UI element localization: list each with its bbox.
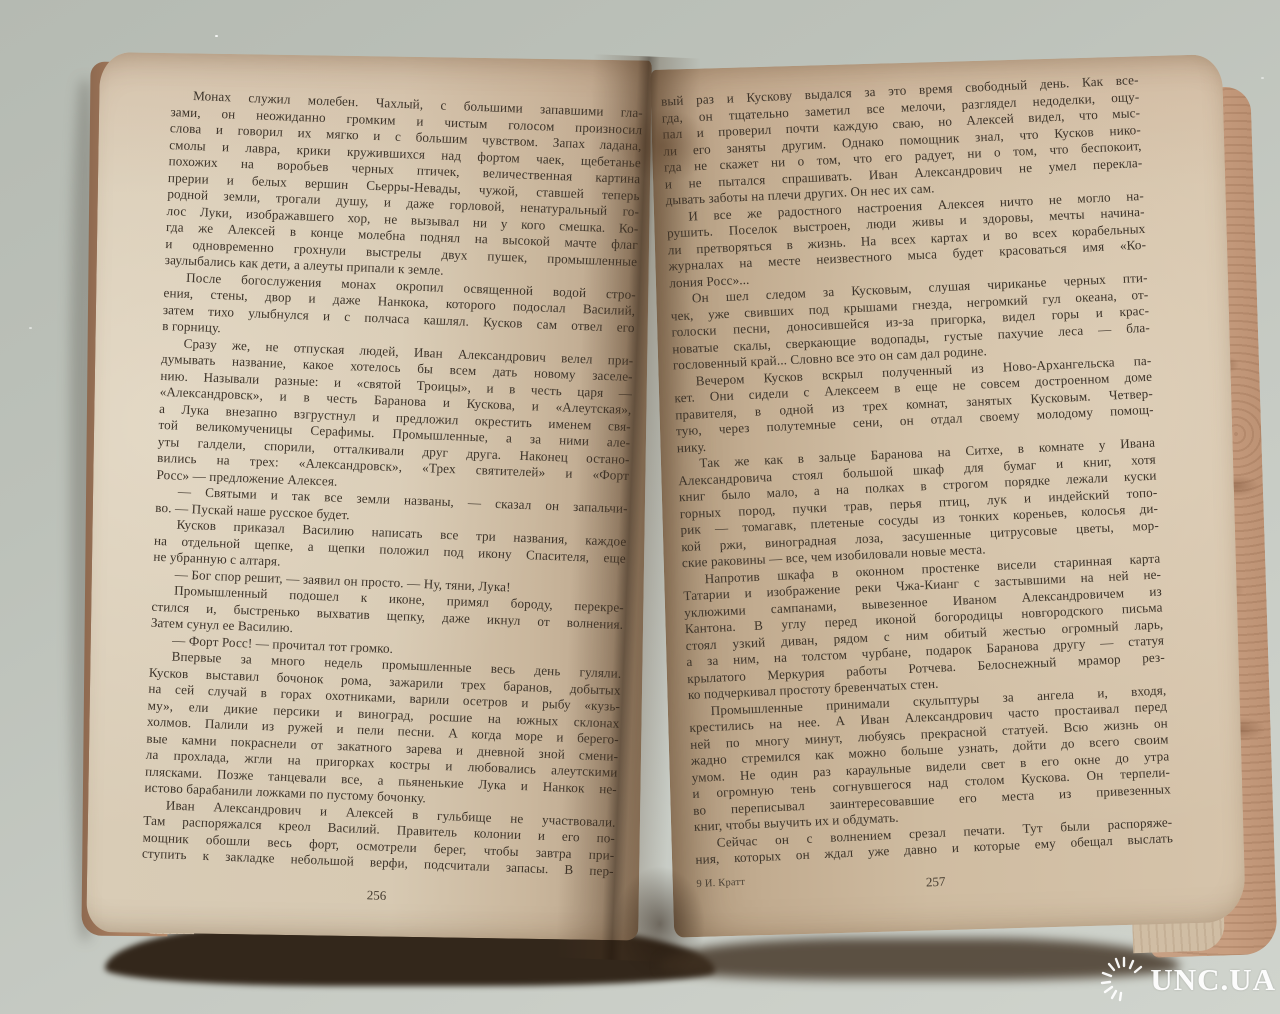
signature-mark: 9 И. Кратт bbox=[696, 876, 745, 889]
page-footer-right: 9 И. Кратт 257 bbox=[697, 863, 1175, 901]
page-text-left: Монах служил молебен. Чахлый, с большими… bbox=[140, 87, 643, 912]
watermark: UNC.UA bbox=[1100, 956, 1276, 1004]
page-left-paragraphs: Монах служил молебен. Чахлый, с большими… bbox=[142, 87, 643, 880]
page-right-paragraphs: вый раз и Кускову выдался за это время с… bbox=[661, 72, 1174, 868]
book-page-right: вый раз и Кускову выдался за это время с… bbox=[650, 54, 1246, 938]
page-number-left: 256 bbox=[367, 887, 387, 903]
sunburst-icon bbox=[1100, 956, 1148, 1004]
dust-specks bbox=[215, 35, 218, 37]
page-number-right: 257 bbox=[926, 873, 946, 889]
photo-background: Монах служил молебен. Чахлый, с большими… bbox=[0, 0, 1280, 1014]
page-footer-left: 256 bbox=[140, 878, 612, 912]
page-text-right: вый раз и Кускову выдался за это время с… bbox=[661, 72, 1175, 900]
watermark-text: UNC.UA bbox=[1150, 962, 1276, 998]
book-page-left: Монах служил молебен. Чахлый, с большими… bbox=[86, 52, 652, 941]
